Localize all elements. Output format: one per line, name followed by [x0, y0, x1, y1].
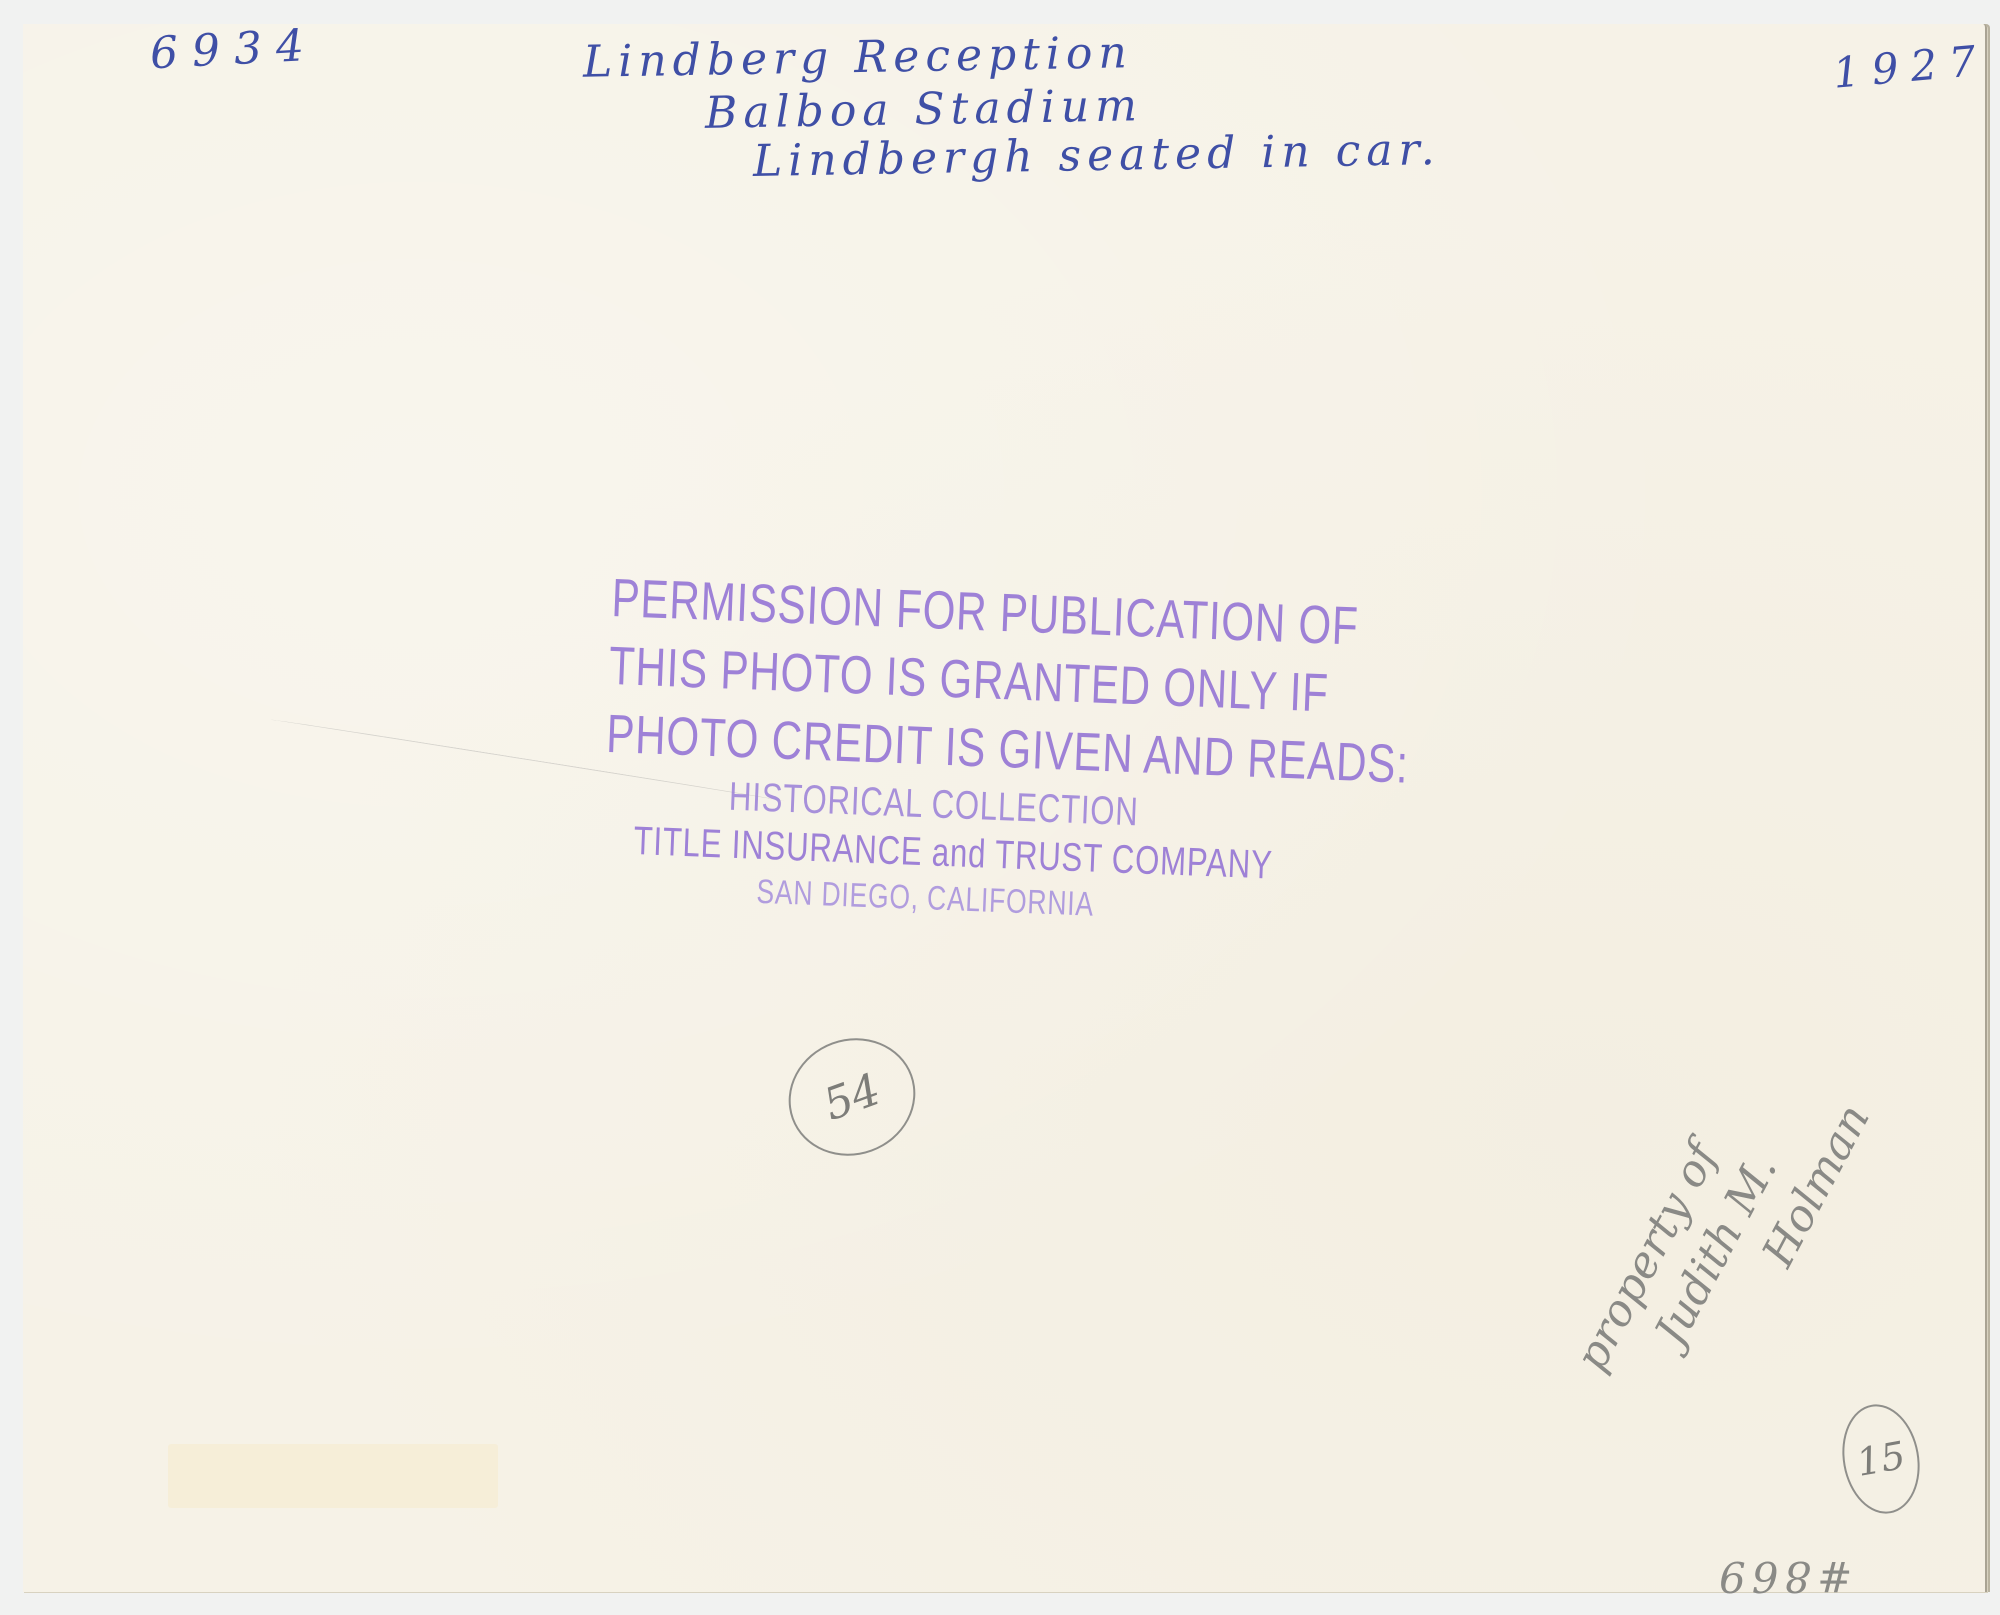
circled-number-54: 54 [772, 1021, 932, 1174]
caption-line-1: Lindberg Reception [583, 27, 1134, 88]
catalog-number: 6934 [149, 20, 319, 80]
photo-paper: 6934 Lindberg Reception Balboa Stadium L… [23, 24, 1987, 1592]
lot-number: #869 [1713, 1552, 1852, 1601]
permission-stamp: PERMISSION FOR PUBLICATION OF THIS PHOTO… [600, 564, 1453, 940]
caption-line-3: Lindbergh seated in car. [753, 124, 1442, 187]
circled-number-15: 15 [1834, 1398, 1928, 1520]
scanned-photo-back: 6934 Lindberg Reception Balboa Stadium L… [0, 0, 2000, 1615]
circled-number-15-text: 15 [1853, 1433, 1908, 1485]
year-annotation: 1927 [1831, 35, 1990, 97]
ownership-note: property of Judith M. Holman [1563, 1040, 1883, 1435]
circled-number-54-text: 54 [817, 1063, 887, 1130]
adhesive-residue-mark [168, 1444, 498, 1508]
